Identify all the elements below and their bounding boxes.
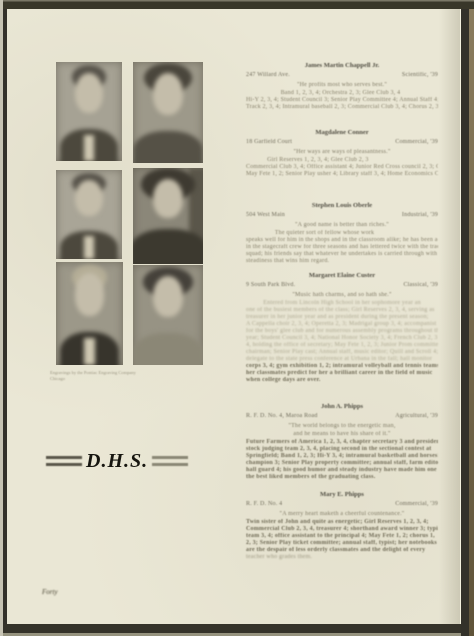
entry-quote: "Music hath charms, and so hath she." xyxy=(275,292,410,298)
entry-text-line: Twin sister of John and quite as energet… xyxy=(246,519,438,526)
monogram-rule-left xyxy=(46,456,82,466)
caption-line: Engravings by the Pontiac Engraving Comp… xyxy=(50,370,200,376)
monogram-text: D.H.S. xyxy=(86,450,148,472)
entry-quote: "A good name is better than riches." xyxy=(280,222,405,228)
entry-address: 9 South Park Blvd. xyxy=(246,282,295,289)
entry-text-line: Entered from Lincoln High School in her … xyxy=(263,300,420,307)
entry-address-row: R. F. D. No. 4, Maroa Road Agricultural,… xyxy=(246,413,438,420)
entry-text-line: Track 2, 3, 4; Intramural baseball 2, 3;… xyxy=(246,104,438,111)
entry-text-line: in the stagecraft crew for three seasons… xyxy=(246,244,438,251)
yearbook-entry-5: John A. Phipps R. F. D. No. 4, Maroa Roa… xyxy=(246,403,438,481)
senior-entries-column: James Martin Chappell Jr. 247 Willard Av… xyxy=(246,0,438,636)
entry-address-row: 9 South Park Blvd. Classical, '39 xyxy=(246,282,438,289)
entry-quote: "A merry heart maketh a cheerful counten… xyxy=(267,511,417,517)
entry-text-line: Future Farmers of America 1, 2, 3, 4, ch… xyxy=(246,439,438,446)
entry-text-line: stock judging team 2, 3, 4, placing seco… xyxy=(246,446,438,453)
entry-text-line: Commercial Club 3, 4; Office assistant 4… xyxy=(246,164,438,171)
entry-quote: "The world belongs to the energetic man, xyxy=(272,423,412,429)
entry-text-line: A Cappella choir 2, 3, 4; Operetta 2, 3;… xyxy=(246,321,438,328)
entry-address: 504 West Main xyxy=(246,212,285,219)
yearbook-entry-6: Mary E. Phipps R. F. D. No. 4 Commercial… xyxy=(246,491,438,561)
portrait-photo-4 xyxy=(133,168,203,264)
entry-address: R. F. D. No. 4, Maroa Road xyxy=(246,413,318,420)
entry-text-line: team 3, 4; office assistant to the princ… xyxy=(246,533,438,540)
entry-text-line: her classmates predict for her a brillia… xyxy=(246,370,438,377)
scan-edge-right-dark xyxy=(461,0,469,636)
entry-name-heading: John A. Phipps xyxy=(246,403,438,410)
entry-address-row: 18 Garfield Court Commercial, '39 xyxy=(246,139,438,146)
entry-text-line: hall guard 4; his good humor and steady … xyxy=(246,467,438,474)
entry-address-row: R. F. D. No. 4 Commercial, '39 xyxy=(246,501,438,508)
scan-edge-right-outer xyxy=(469,0,474,636)
photo-credit-caption: Engravings by the Pontiac Engraving Comp… xyxy=(50,370,200,381)
entry-course: Classical, '39 xyxy=(403,282,438,289)
entry-address: 18 Garfield Court xyxy=(246,139,292,146)
entry-text-line: year; Student Council 3, 4; National Hon… xyxy=(246,335,438,342)
portrait-photo-5 xyxy=(56,262,123,365)
entry-text-line: Girl Reserves 1, 2, 3, 4; Glee Club 2, 3 xyxy=(267,157,417,164)
portrait-photo-2 xyxy=(133,62,203,163)
entry-text-line: May Fete 1, 2; Senior Play usher 4; Libr… xyxy=(246,171,438,178)
entry-text-line: one of the busiest members of the class;… xyxy=(246,307,438,314)
yearbook-entry-1: James Martin Chappell Jr. 247 Willard Av… xyxy=(246,62,438,111)
entry-text-line: treasurer in her junior year and as pres… xyxy=(246,314,438,321)
entry-name-heading: James Martin Chappell Jr. xyxy=(246,62,438,69)
entry-text-line: when college days are over. xyxy=(246,377,384,384)
portrait-grid xyxy=(56,62,204,366)
entry-text-line: Band 1, 2, 3, 4; Orchestra 2, 3; Glee Cl… xyxy=(281,90,404,97)
entry-text-line: are the despair of less orderly classmat… xyxy=(246,547,438,554)
entry-text-line: teacher who grades them. xyxy=(246,554,361,561)
entry-address-row: 504 West Main Industrial, '39 xyxy=(246,212,438,219)
caption-line: Chicago xyxy=(50,376,84,382)
entry-text-line: 4, holding the office of secretary; May … xyxy=(246,342,438,349)
entry-name-heading: Magdalene Conner xyxy=(246,129,438,136)
entry-text-line: squad; his friends say that whatever he … xyxy=(246,251,438,258)
monogram-rule-right xyxy=(152,456,188,466)
entry-name-heading: Stephen Louis Oberle xyxy=(246,202,438,209)
portrait-photo-3 xyxy=(56,170,122,259)
page-edge-highlight xyxy=(460,9,461,624)
page-number: Forty xyxy=(42,588,58,596)
entry-text-line: corps 3, 4; gym exhibition 1, 2; intramu… xyxy=(246,363,438,370)
entry-text-line: for the boys' glee club and for numerous… xyxy=(246,328,438,335)
portrait-photo-6 xyxy=(133,265,203,365)
entry-course: Industrial, '39 xyxy=(402,212,438,219)
entry-address: 247 Willard Ave. xyxy=(246,72,290,79)
entry-text-line: the best liked members of the graduating… xyxy=(246,474,415,481)
entry-text-line: chairman; Senior Play cast; Annual staff… xyxy=(246,349,438,356)
portrait-photo-1 xyxy=(56,62,122,161)
entry-address: R. F. D. No. 4 xyxy=(246,501,282,508)
entry-text-line: Springfield; Band 1, 2, 3; Hi-Y 3, 4; in… xyxy=(246,453,438,460)
page-gutter-shadow xyxy=(439,9,461,624)
entry-course: Scientific, '39 xyxy=(402,72,438,79)
entry-course: Commercial, '39 xyxy=(395,501,438,508)
entry-text-line: Commercial Club 2, 3, 4, treasurer 4; sh… xyxy=(246,526,438,533)
entry-course: Agricultural, '39 xyxy=(395,413,438,420)
dhs-monogram: D.H.S. xyxy=(46,450,188,472)
entry-text-line: speaks well for him in the shops and in … xyxy=(246,237,438,244)
entry-text-line: steadiness that wins him regard. xyxy=(246,258,357,265)
yearbook-entry-4: Margaret Elaine Custer 9 South Park Blvd… xyxy=(246,272,438,384)
entry-text-line: champion 3; Senior Play property committ… xyxy=(246,460,438,467)
entry-quote: "Her ways are ways of pleasantness." xyxy=(277,149,407,155)
entry-text-line: 2, 3; Senior Play ticket committee; annu… xyxy=(246,540,438,547)
entry-text-line: Hi-Y 2, 3, 4; Student Council 3; Senior … xyxy=(246,97,438,104)
entry-name-heading: Margaret Elaine Custer xyxy=(246,272,438,279)
entry-quote: "He profits most who serves best." xyxy=(282,82,402,88)
entry-name-heading: Mary E. Phipps xyxy=(246,491,438,498)
entry-text-line: delegate to the state press conference a… xyxy=(246,356,438,363)
scanned-yearbook-page: Engravings by the Pontiac Engraving Comp… xyxy=(0,0,474,636)
entry-quote: and he means to have his share of it." xyxy=(287,431,397,437)
entry-text-line: The quieter sort of fellow whose work xyxy=(275,230,409,237)
entry-course: Commercial, '39 xyxy=(395,139,438,146)
yearbook-entry-2: Magdalene Conner 18 Garfield Court Comme… xyxy=(246,129,438,178)
entry-address-row: 247 Willard Ave. Scientific, '39 xyxy=(246,72,438,79)
yearbook-entry-3: Stephen Louis Oberle 504 West Main Indus… xyxy=(246,202,438,265)
